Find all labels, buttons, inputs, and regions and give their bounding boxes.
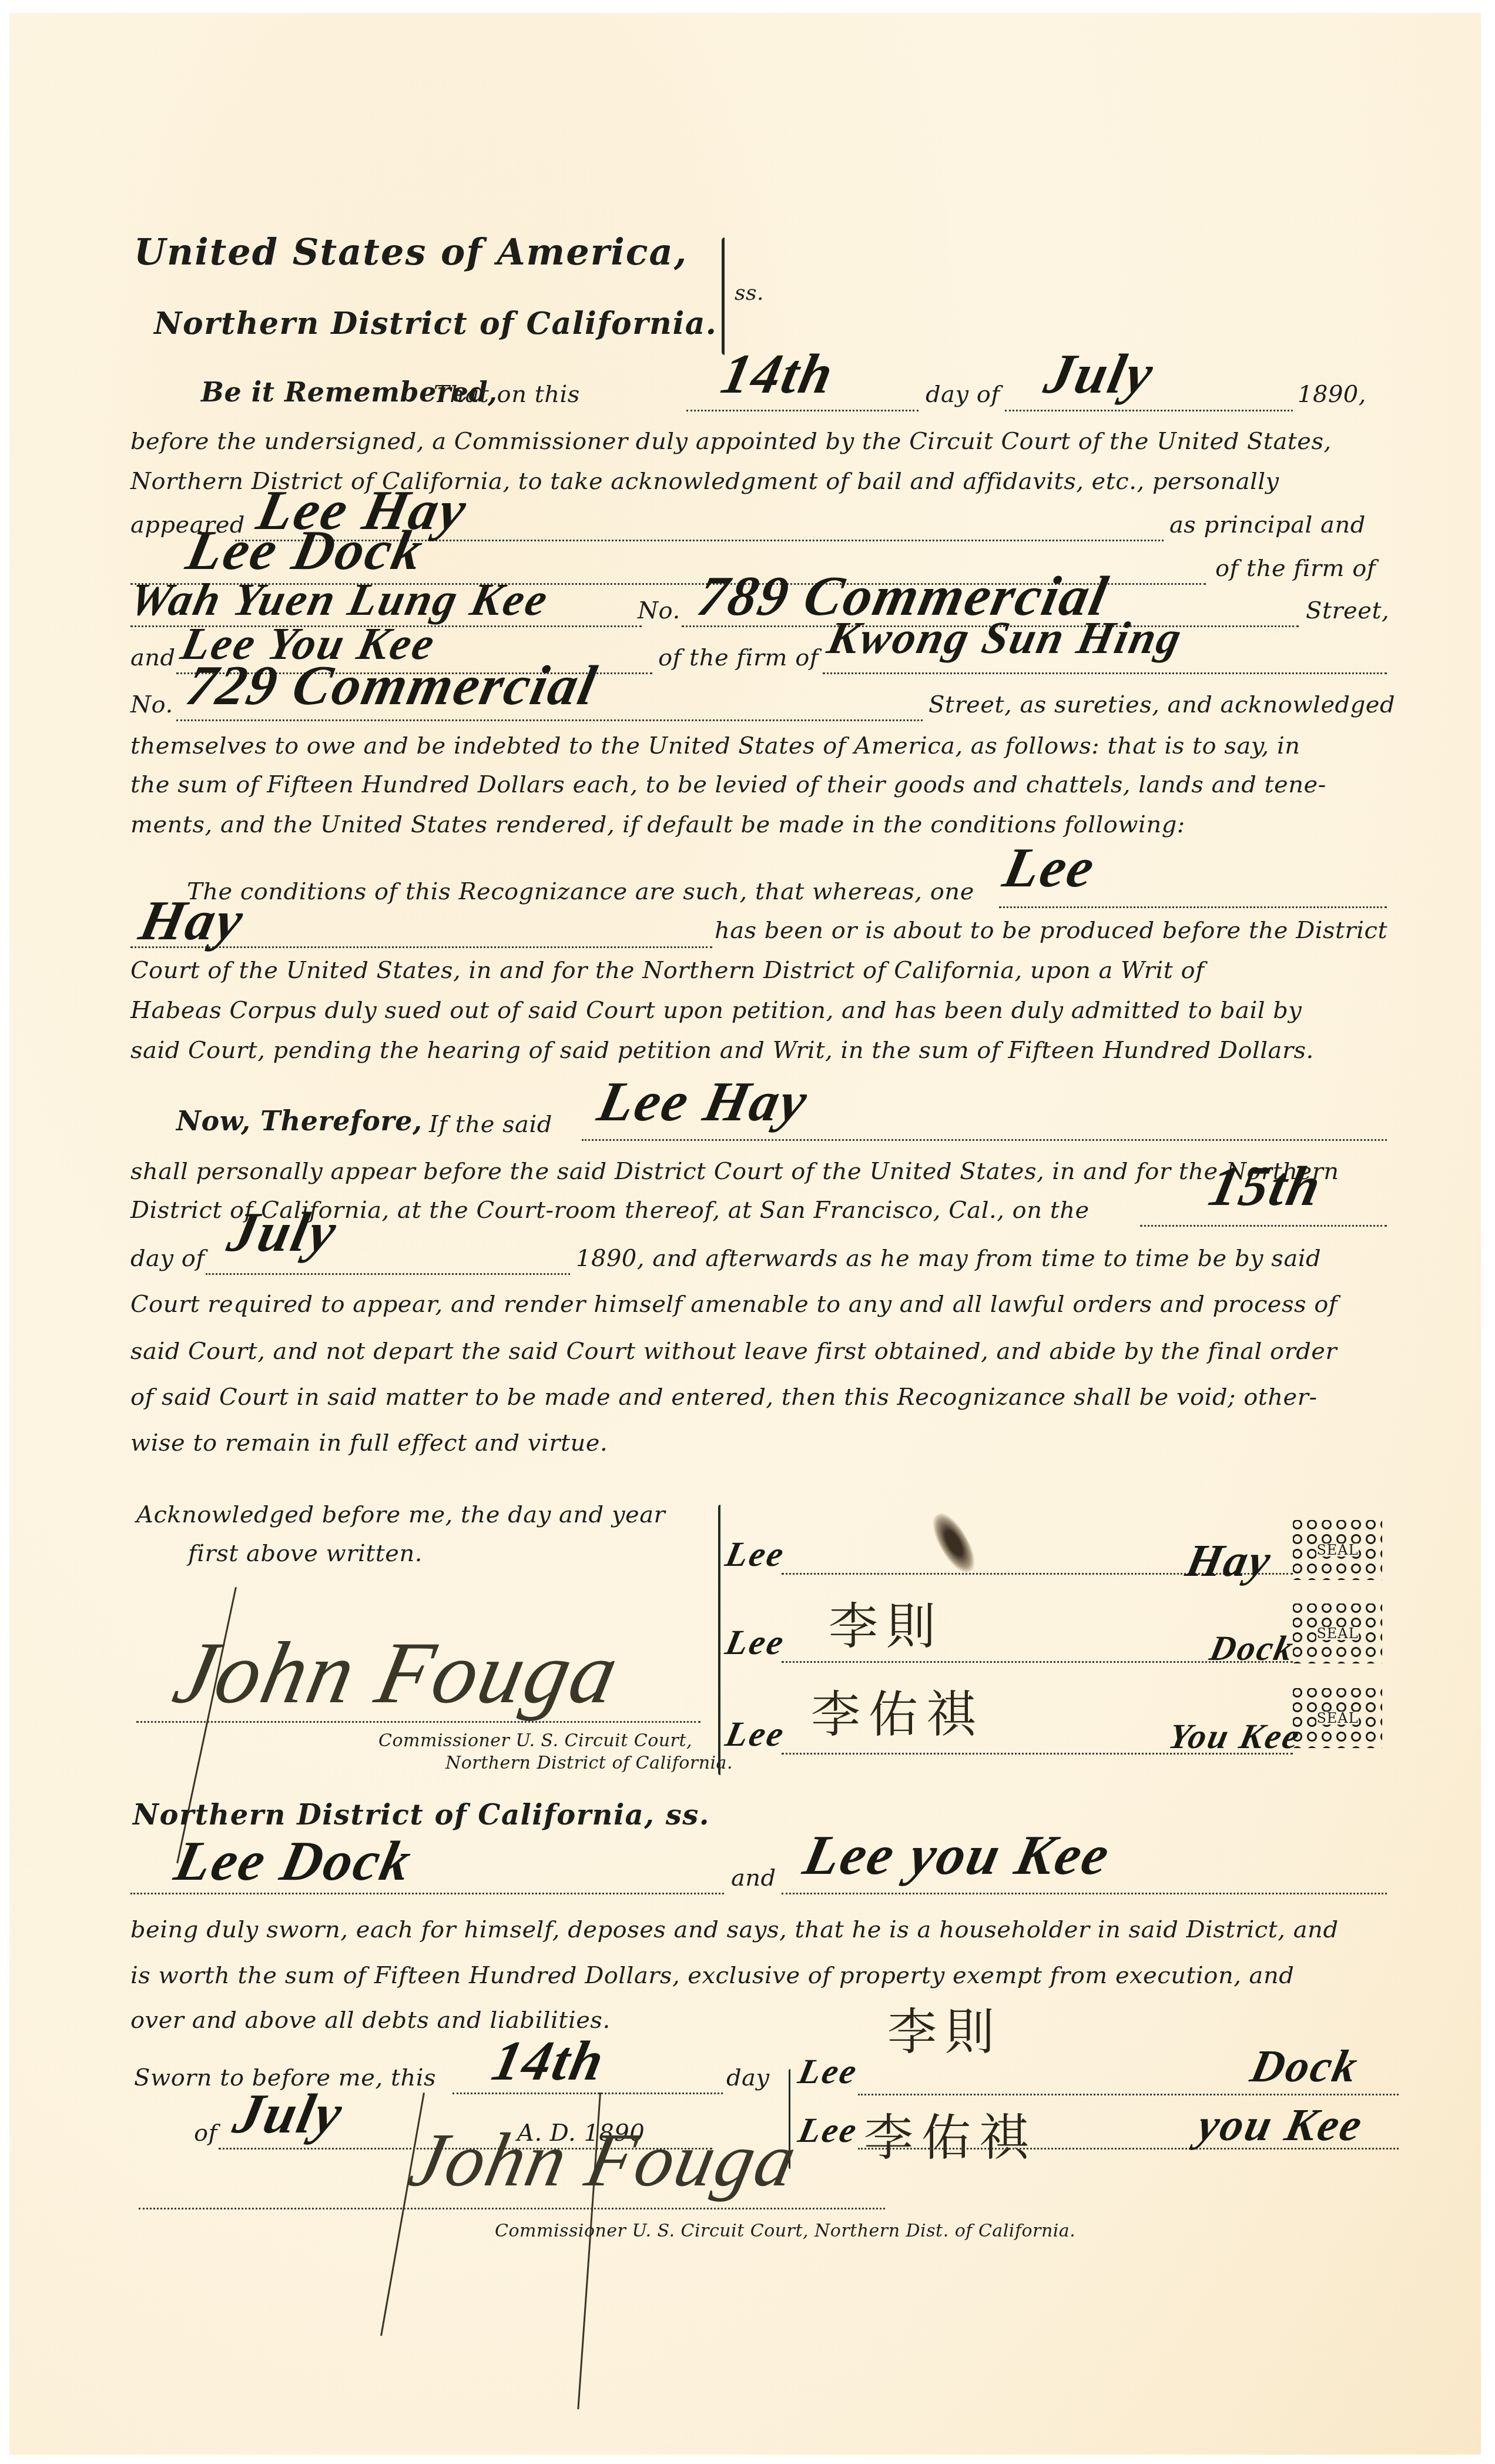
surety2-address[interactable]: 729 Commercial bbox=[181, 652, 604, 718]
therefore-day-of: day of bbox=[130, 1245, 205, 1272]
day-value-14th[interactable]: 14th bbox=[716, 341, 840, 406]
signers-brace bbox=[718, 1505, 720, 1775]
affidavit-signer1-chinese: 李則 bbox=[887, 1993, 1003, 2064]
that-on-this: That on this bbox=[434, 381, 580, 408]
signer3-chinese: 李佑祺 bbox=[811, 1675, 984, 1746]
line-themselves: themselves to owe and be indebted to the… bbox=[130, 732, 1300, 759]
affidavit-name2-line bbox=[782, 1893, 1387, 1894]
surety2-firm[interactable]: Kwong Sun Hing bbox=[823, 611, 1187, 664]
sworn-day-label: day bbox=[726, 2064, 770, 2091]
affidavit-line1: being duly sworn, each for himself, depo… bbox=[130, 1916, 1339, 1943]
signer2-prefix: Lee bbox=[722, 1622, 789, 1663]
line-before-undersigned: before the undersigned, a Commissioner d… bbox=[130, 428, 1332, 455]
conditions-line5: said Court, pending the hearing of said … bbox=[130, 1037, 1314, 1064]
therefore-line2: shall personally appear before the said … bbox=[130, 1158, 1339, 1185]
seal-3: SEAL bbox=[1293, 1688, 1382, 1748]
month-field-line bbox=[1005, 410, 1293, 411]
affidavit-heading: Northern District of California, ss. bbox=[133, 1799, 710, 1832]
surety2-firm-line bbox=[823, 672, 1387, 674]
if-the-said: If the said bbox=[429, 1111, 552, 1138]
commissioner-signature-line-1 bbox=[136, 1721, 700, 1723]
acknowledged-line1: Acknowledged before me, the day and year bbox=[136, 1501, 665, 1528]
street-sureties: Street, as sureties, and acknowledged bbox=[928, 691, 1395, 718]
surety2-address-line bbox=[176, 719, 923, 721]
therefore-name[interactable]: Lee Hay bbox=[592, 1069, 814, 1134]
day-field-line bbox=[686, 410, 919, 411]
commissioner-signature-line-2 bbox=[139, 2208, 885, 2209]
therefore-year-tail: 1890, and afterwards as he may from time… bbox=[576, 1245, 1321, 1272]
commissioner-caption1: Commissioner U. S. Circuit Court, bbox=[378, 1730, 692, 1751]
street-1: Street, bbox=[1306, 597, 1389, 624]
therefore-day-line bbox=[1140, 1225, 1387, 1227]
header-brace bbox=[722, 237, 725, 355]
header-ss: ss. bbox=[735, 281, 764, 305]
now-therefore: Now, Therefore, bbox=[176, 1105, 423, 1137]
therefore-line7: of said Court in said matter to be made … bbox=[130, 1384, 1317, 1411]
header-united-states: United States of America, bbox=[134, 230, 688, 273]
affidavit-line2: is worth the sum of Fifteen Hundred Doll… bbox=[130, 1962, 1294, 1989]
commissioner-signature-1[interactable]: John Fouga bbox=[166, 1622, 628, 1723]
no-label-1: No. bbox=[638, 597, 681, 624]
affidavit-signer1-surname[interactable]: Dock bbox=[1246, 2040, 1363, 2093]
conditions-has-been: has been or is about to be produced befo… bbox=[715, 917, 1387, 944]
affidavit-signer1-prefix: Lee bbox=[795, 2051, 862, 2092]
seal-1-label: SEAL bbox=[1316, 1544, 1359, 1556]
affidavit-signer2-chinese: 李佑祺 bbox=[864, 2098, 1037, 2170]
conditions-name-part2[interactable]: Hay bbox=[134, 888, 250, 953]
conditions-lead: The conditions of this Recognizance are … bbox=[187, 878, 974, 905]
commissioner-caption2: Northern District of California. bbox=[445, 1753, 733, 1773]
conditions-line4: Habeas Corpus duly sued out of said Cour… bbox=[130, 997, 1302, 1024]
seal-3-label: SEAL bbox=[1316, 1712, 1359, 1725]
affidavit-name1[interactable]: Lee Dock bbox=[169, 1828, 418, 1893]
sworn-of: of bbox=[194, 2120, 217, 2147]
therefore-line8: wise to remain in full effect and virtue… bbox=[130, 1429, 608, 1457]
and-label: and bbox=[130, 644, 176, 671]
conditions-name-line-1 bbox=[999, 906, 1387, 908]
therefore-day-15th[interactable]: 15th bbox=[1204, 1153, 1328, 1218]
sworn-day[interactable]: 14th bbox=[487, 2028, 611, 2093]
day-of-label: day of bbox=[926, 381, 1000, 408]
signer2-chinese: 李則 bbox=[829, 1587, 944, 1658]
line-sum: the sum of Fifteen Hundred Dollars each,… bbox=[130, 771, 1326, 798]
of-the-firm-of-1: of the firm of bbox=[1215, 555, 1376, 582]
signer3-prefix: Lee bbox=[722, 1714, 789, 1755]
of-the-firm-of-2: of the firm of bbox=[658, 644, 819, 671]
signer2-surname[interactable]: Dock bbox=[1206, 1628, 1299, 1669]
signer1-surname[interactable]: Hay bbox=[1181, 1534, 1276, 1587]
acknowledged-line2: first above written. bbox=[188, 1540, 423, 1567]
signer3-surname[interactable]: You Kee bbox=[1165, 1716, 1305, 1757]
conditions-line3: Court of the United States, in and for t… bbox=[130, 957, 1204, 984]
affidavit-signer1-line bbox=[858, 2094, 1399, 2095]
seal-2-label: SEAL bbox=[1316, 1627, 1359, 1640]
therefore-name-line bbox=[582, 1139, 1387, 1141]
therefore-month-line bbox=[206, 1273, 570, 1275]
seal-1: SEAL bbox=[1293, 1520, 1382, 1580]
affidavit-and: and bbox=[731, 1864, 776, 1891]
affidavit-name2[interactable]: Lee you Kee bbox=[798, 1822, 1117, 1887]
commissioner-signature-2[interactable]: John Fouga bbox=[402, 2116, 805, 2204]
year-1890: 1890, bbox=[1298, 381, 1366, 408]
no-label-2: No. bbox=[130, 691, 173, 718]
month-value-july[interactable]: July bbox=[1039, 341, 1160, 406]
seal-2: SEAL bbox=[1293, 1603, 1382, 1663]
affidavit-signer2-surname[interactable]: you Kee bbox=[1193, 2098, 1368, 2151]
sworn-month[interactable]: July bbox=[228, 2081, 349, 2146]
therefore-month-july[interactable]: July bbox=[222, 1199, 343, 1264]
signer1-prefix: Lee bbox=[722, 1534, 789, 1575]
therefore-line6: said Court, and not depart the said Cour… bbox=[130, 1338, 1337, 1365]
commissioner-caption-bottom: Commissioner U. S. Circuit Court, Northe… bbox=[495, 2221, 1075, 2241]
header-northern-district: Northern District of California. bbox=[154, 306, 717, 342]
therefore-line5: Court required to appear, and render him… bbox=[130, 1291, 1338, 1318]
as-principal-and: as principal and bbox=[1169, 511, 1366, 538]
conditions-name-part1[interactable]: Lee bbox=[998, 835, 1101, 900]
